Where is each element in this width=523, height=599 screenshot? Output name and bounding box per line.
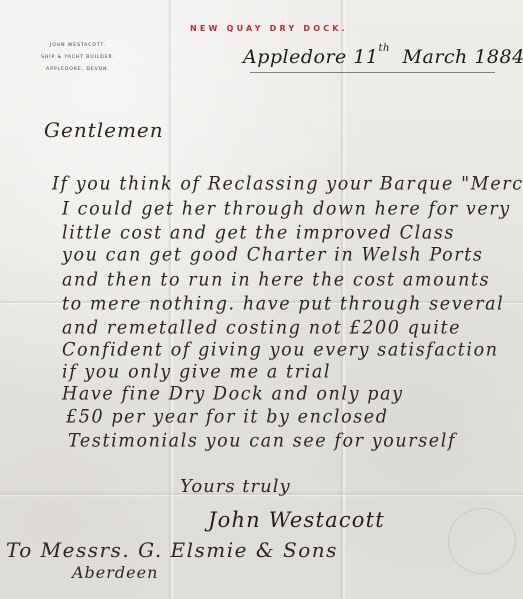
body-line: Testimonials you can see for yourself [68,430,456,452]
body-line: If you think of Reclassing your Barque "… [52,173,523,195]
body-line: and remetalled costing not £200 quite [62,317,461,339]
body-line: little cost and get the improved Class [62,222,455,244]
signature: John Westacott [208,508,385,532]
dateline-place: Appledore [243,46,347,68]
closing: Yours truly [180,476,291,497]
letter-page: JOHN WESTACOTT. SHIP & YACHT BUILDER. AP… [0,0,523,599]
dateline-year: 1884 [474,46,523,68]
body-line: to mere nothing. have put through severa… [62,293,504,315]
body-line: Have fine Dry Dock and only pay [62,383,404,405]
body-line: I could get her through down here for ve… [62,198,511,220]
faint-stamp-mark [448,508,516,574]
dateline-rule [250,72,495,73]
dateline-day: 11 [353,46,378,68]
letterhead-address-block: JOHN WESTACOTT. SHIP & YACHT BUILDER. AP… [28,40,128,76]
body-line: you can get good Charter in Welsh Ports [62,244,483,266]
body-line: if you only give me a trial [62,361,331,383]
addressee: To Messrs. G. Elsmie & Sons [6,538,338,562]
body-line: £50 per year for it by enclosed [66,406,389,428]
letterhead-title: NEW QUAY DRY DOCK. [190,24,348,33]
dateline: Appledore 11th March 1884 [243,46,523,68]
dateline-month: March [403,46,468,68]
letterhead-trade: SHIP & YACHT BUILDER. [28,52,128,64]
salutation: Gentlemen [44,118,164,142]
body-line: Confident of giving you every satisfacti… [62,339,499,361]
letterhead-proprietor: JOHN WESTACOTT. [28,40,128,52]
letterhead-location: APPLEDORE, DEVON. [28,64,128,76]
body-line: and then to run in here the cost amounts [62,269,490,291]
dateline-day-suffix: th [379,43,390,54]
addressee-city: Aberdeen [72,563,158,582]
